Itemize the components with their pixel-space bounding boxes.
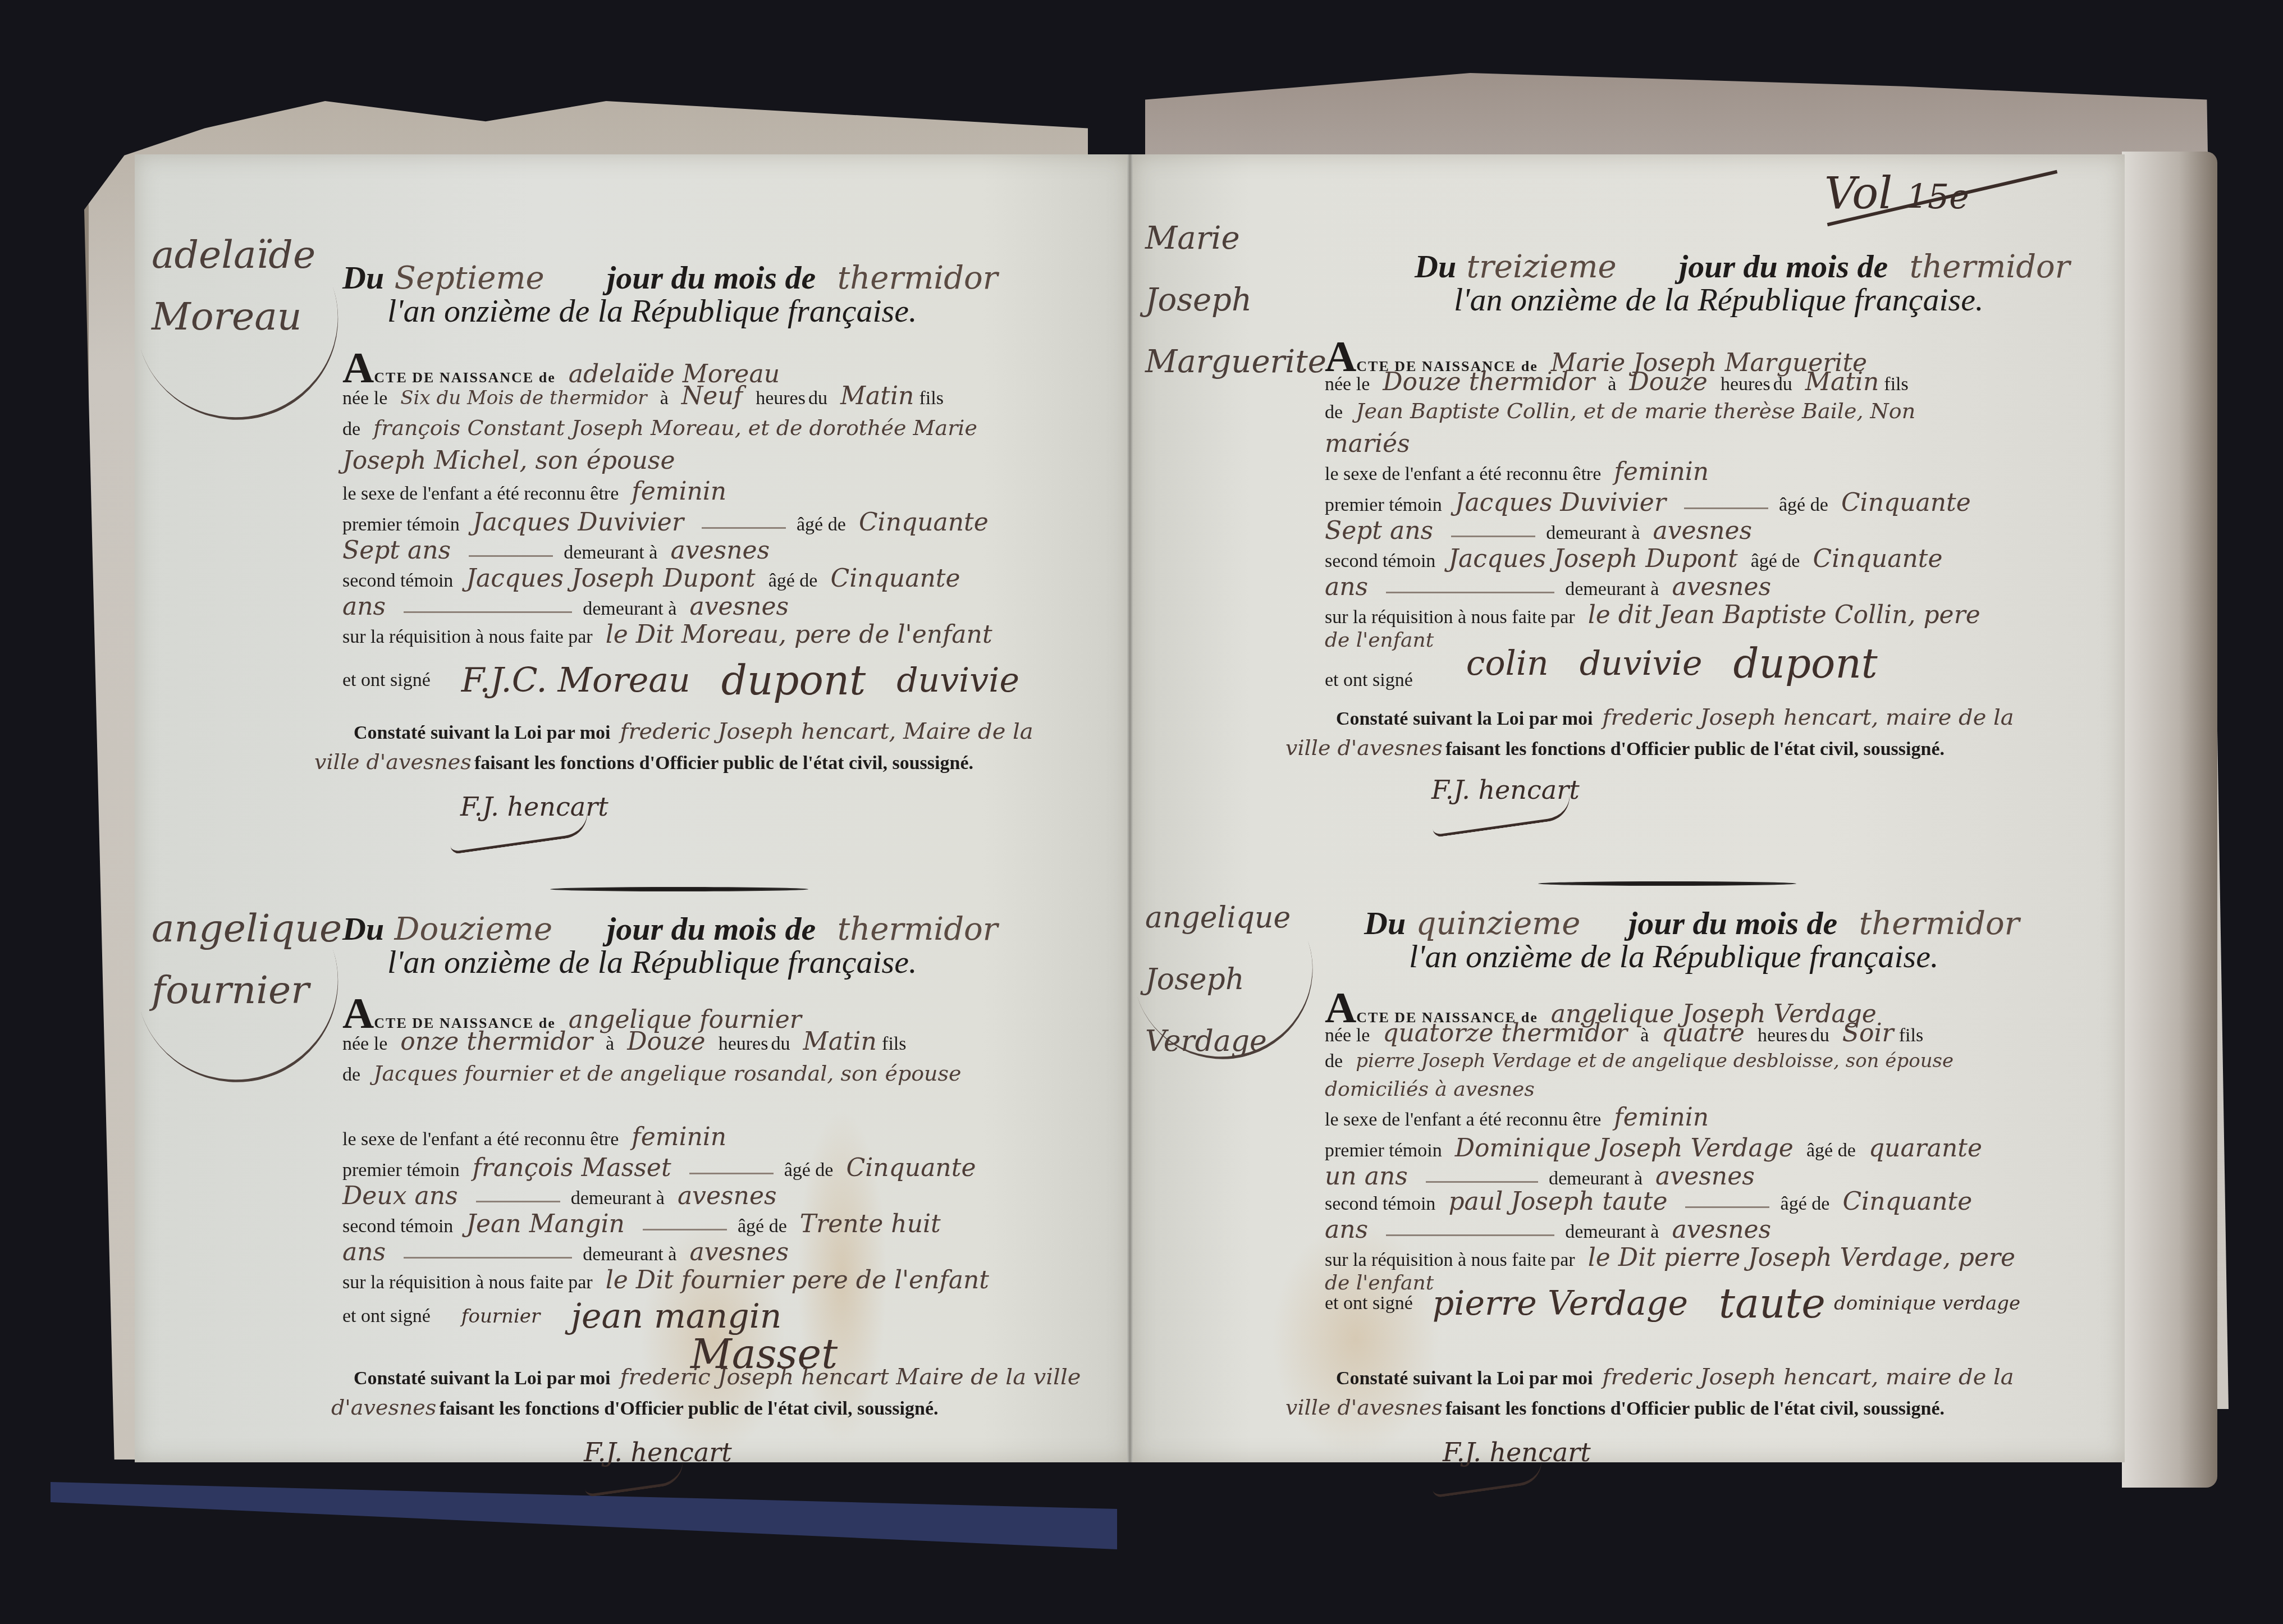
officer-line: Constaté suivant la Loi par moi frederic… (1336, 1364, 2099, 1390)
officer-line-2: ville d'avesnes faisant les fonctions d'… (314, 749, 973, 774)
record-date-line: Du Septieme jour du mois de thermidor (342, 258, 1051, 296)
sex-line: le sexe de l'enfant a été reconnu être f… (1325, 1103, 2088, 1138)
sex-line: le sexe de l'enfant a été reconnu être f… (342, 477, 1106, 512)
sex-line: le sexe de l'enfant a été reconnu être f… (1325, 458, 2088, 492)
signature: taute (1719, 1280, 1826, 1327)
birth-line: née le quatorze thermidor à quatre heure… (1325, 1019, 2088, 1054)
acte-line: ACTE DE NAISSANCE de Marie Joseph Margue… (1325, 331, 2088, 366)
margin-name: Marie Joseph Marguerite (1145, 208, 1325, 393)
book-spine (1127, 154, 1133, 1462)
birth-line: née le Six du Mois de thermidor à Neuf h… (342, 382, 1106, 417)
officer-line: Constaté suivant la Loi par moi frederic… (1336, 705, 2099, 730)
republic-year-line: l'an onzième de la République française. (387, 943, 917, 981)
signatures-row: et ont signé pierre Verdage taute domini… (1325, 1280, 2088, 1358)
signature: dupont (1733, 640, 1878, 687)
signature: fournier (461, 1305, 540, 1328)
officer-line: Constaté suivant la Loi par moi frederic… (354, 1364, 1117, 1390)
parents-line: de Jacques fournier et de angelique rosa… (342, 1061, 1106, 1096)
signatures-row: et ont signé fournier jean mangin Masset (342, 1297, 1106, 1375)
signature: duvivie (1580, 644, 1703, 683)
officer-line-2: ville d'avesnes faisant les fonctions d'… (1285, 1395, 1945, 1420)
birth-record: Marie Joseph Marguerite Du treizieme jou… (1140, 208, 2105, 848)
record-date-line: Du treizieme jour du mois de thermidor (1415, 247, 2123, 285)
signature: colin (1466, 644, 1549, 683)
birth-record: angelique Joseph Verdage Du quinzieme jo… (1140, 887, 2105, 1527)
signature: F.J.C. Moreau (461, 661, 690, 700)
birth-record: angelique fournier Du Douzieme jour du m… (146, 898, 1111, 1538)
acte-line: ACTE DE NAISSANCE de adelaïde Moreau (342, 342, 1106, 377)
acte-line: ACTE DE NAISSANCE de angelique Joseph Ve… (1325, 982, 2088, 1017)
birth-record: adelaïde Moreau Du Septieme jour du mois… (146, 225, 1111, 864)
page-stack-edge (2122, 152, 2217, 1488)
signature: dupont (721, 657, 866, 704)
signature: duvivie (896, 661, 1019, 700)
requisition-line: sur la réquisition à nous faite par le D… (342, 1266, 1106, 1301)
birth-line: née le Douze thermidor à Douze heures du… (1325, 368, 2088, 402)
requisition-line: sur la réquisition à nous faite par le D… (342, 620, 1106, 655)
parents-line-2: Joseph Michel, son épouse (342, 446, 1106, 481)
republic-year-line: l'an onzième de la République française. (1409, 937, 1938, 975)
record-divider (1538, 881, 1796, 886)
sex-line: le sexe de l'enfant a été reconnu être f… (342, 1123, 1106, 1158)
record-divider (550, 887, 808, 891)
parents-line: de françois Constant Joseph Moreau, et d… (342, 415, 1106, 450)
officer-line: Constaté suivant la Loi par moi frederic… (354, 719, 1117, 744)
officer-line-2: ville d'avesnes faisant les fonctions d'… (1285, 735, 1945, 760)
birth-line: née le onze thermidor à Douze heures du … (342, 1027, 1106, 1062)
signature: dominique verdage (1834, 1292, 2020, 1315)
acte-line: ACTE DE NAISSANCE de angelique fournier (342, 988, 1106, 1023)
parents-line: de Jean Baptiste Collin, et de marie the… (1325, 399, 2088, 433)
republic-year-line: l'an onzième de la République française. (387, 292, 917, 330)
republic-year-line: l'an onzième de la République française. (1454, 281, 1983, 318)
signature: pierre Verdage (1433, 1284, 1688, 1323)
record-date-line: Du quinzieme jour du mois de thermidor (1364, 904, 2072, 942)
record-date-line: Du Douzieme jour du mois de thermidor (342, 909, 1051, 948)
officer-line-2: d'avesnes faisant les fonctions d'Offici… (331, 1395, 939, 1420)
